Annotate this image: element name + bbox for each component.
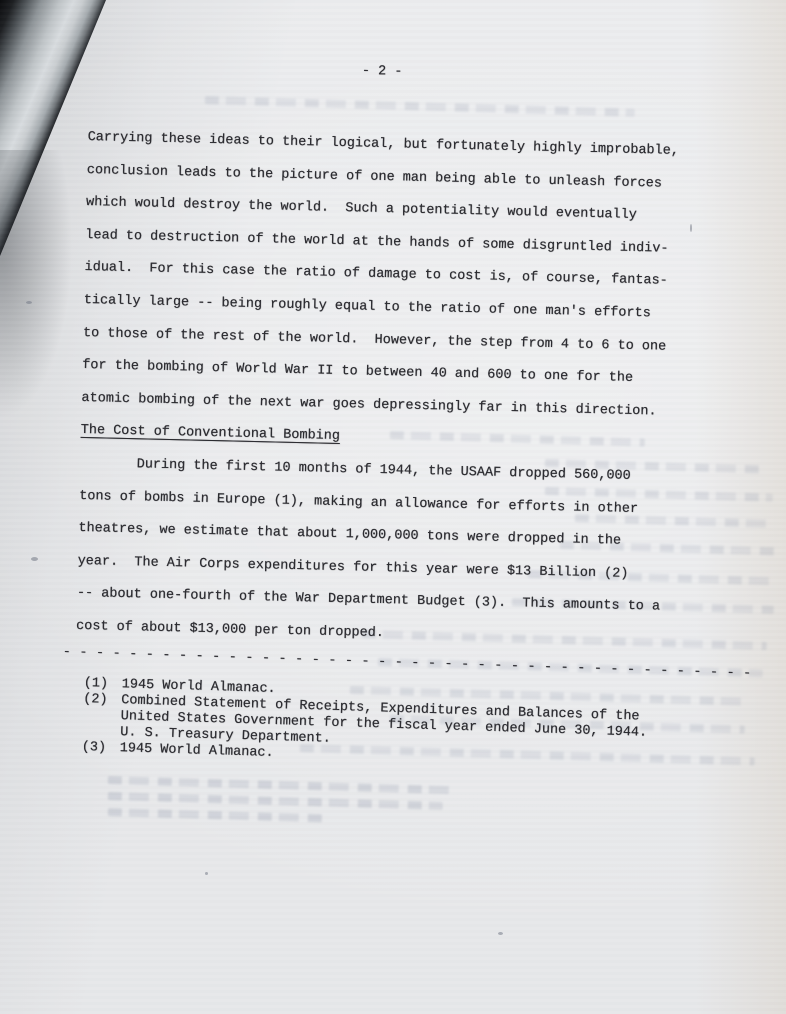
footnote-marker: (3) xyxy=(82,740,120,757)
scanned-page: - 2 - Carrying these ideas to their logi… xyxy=(0,0,786,1014)
bleedthrough-line xyxy=(108,808,323,822)
paper-speck xyxy=(205,872,208,875)
section-heading-text: The Cost of Conventional Bombing xyxy=(81,423,341,444)
bleedthrough-line xyxy=(108,776,453,794)
paper-speck xyxy=(31,557,38,561)
paper-speck xyxy=(498,932,503,935)
bleedthrough-line xyxy=(205,96,635,117)
paper-speck xyxy=(26,301,32,304)
body-text: Carrying these ideas to their logical, b… xyxy=(76,122,758,659)
page-number: - 2 - xyxy=(362,64,403,80)
footnote-marker: (1) xyxy=(84,676,122,693)
footnote-marker: (2) xyxy=(83,692,121,709)
footnotes: (1) 1945 World Almanac. (2) Combined Sta… xyxy=(82,676,744,776)
bleedthrough-line xyxy=(108,792,443,810)
